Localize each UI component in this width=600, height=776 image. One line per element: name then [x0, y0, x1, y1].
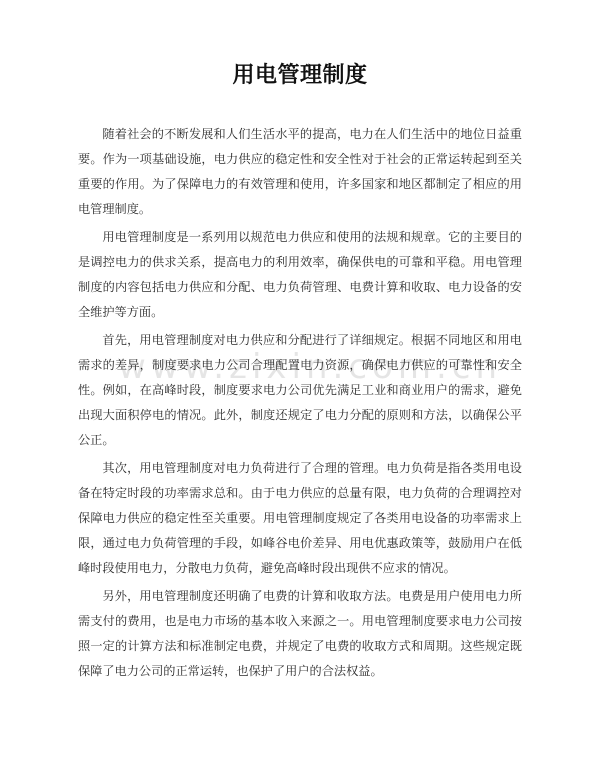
paragraph-supply-distribution: 首先，用电管理制度对电力供应和分配进行了详细规定。根据不同地区和用电需求的差异，…	[78, 328, 522, 453]
paragraph-fee-billing: 另外，用电管理制度还明确了电费的计算和收取方法。电费是用户使用电力所需支付的费用…	[78, 584, 522, 684]
document-page: www.zixin.com.cn 用电管理制度 随着社会的不断发展和人们生活水平…	[0, 0, 600, 776]
document-body: 随着社会的不断发展和人们生活水平的提高，电力在人们生活中的地位日益重要。作为一项…	[78, 122, 522, 684]
page-title: 用电管理制度	[78, 60, 522, 92]
paragraph-intro: 随着社会的不断发展和人们生活水平的提高，电力在人们生活中的地位日益重要。作为一项…	[78, 122, 522, 222]
paragraph-load-management: 其次，用电管理制度对电力负荷进行了合理的管理。电力负荷是指各类用电设备在特定时段…	[78, 456, 522, 581]
paragraph-definition: 用电管理制度是一系列用以规范电力供应和使用的法规和规章。它的主要目的是调控电力的…	[78, 225, 522, 325]
